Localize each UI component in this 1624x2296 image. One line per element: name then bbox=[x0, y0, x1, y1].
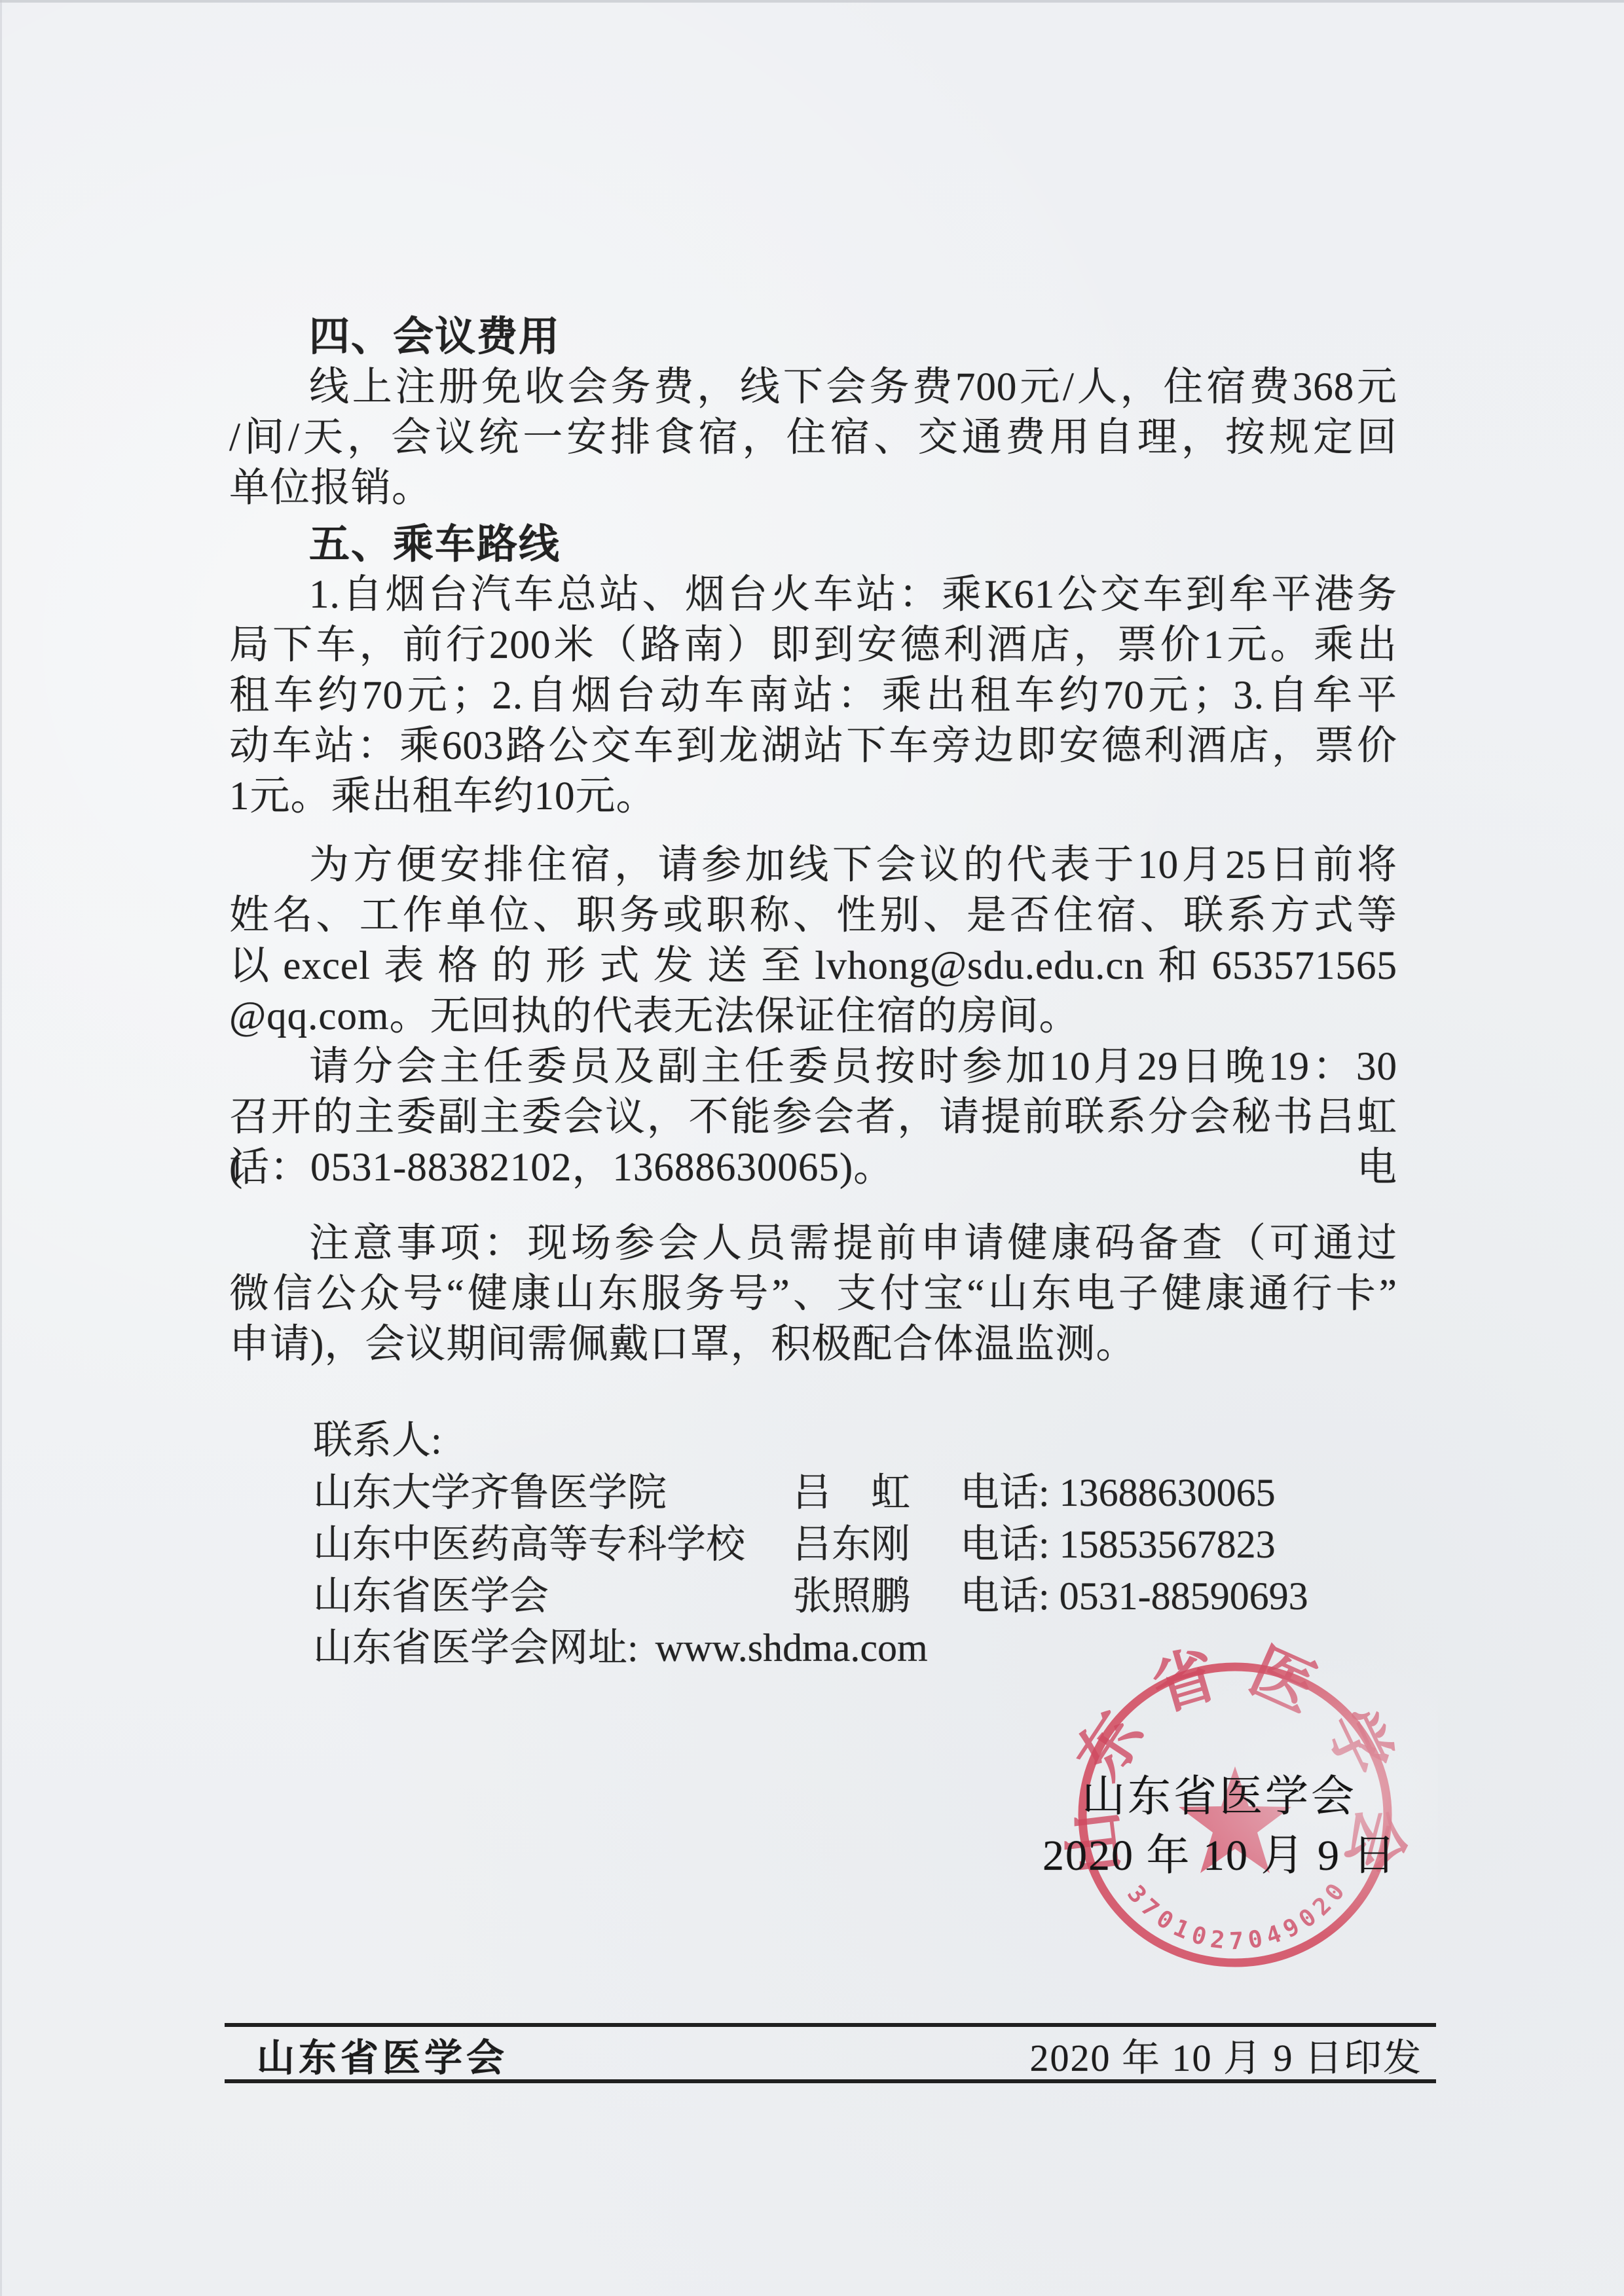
body-line: 1元。乘出租车约10元。 bbox=[229, 771, 1397, 822]
scan-top-edge-artifact bbox=[0, 0, 1624, 3]
body-line: 局下车，前行200米（路南）即到安德利酒店，票价1元。乘出 bbox=[229, 620, 1397, 670]
contact-row: 山东中医药高等专科学校吕东刚电话: 15853567823 bbox=[313, 1518, 1439, 1571]
body-line: 召开的主委副主委会议，不能参会者，请提前联系分会秘书吕虹(电 bbox=[229, 1092, 1397, 1142]
contact-phone: 电话: 0531-88590693 bbox=[960, 1570, 1308, 1622]
body-line: 为方便安排住宿，请参加线下会议的代表于10月25日前将 bbox=[229, 840, 1397, 890]
contact-name: 吕东刚 bbox=[792, 1518, 960, 1571]
body-line: 注意事项：现场参会人员需提前申请健康码备查（可通过 bbox=[229, 1218, 1397, 1269]
scan-left-edge-artifact bbox=[0, 0, 2, 2296]
body-line: @qq.com。无回执的代表无法保证住宿的房间。 bbox=[229, 991, 1397, 1042]
contact-phone: 电话: 13688630065 bbox=[960, 1467, 1276, 1519]
signature-date: 2020 年 10 月 9 日 bbox=[1043, 1820, 1397, 1882]
body-line: 动车站：乘603路公交车到龙湖站下车旁边即安德利酒店，票价 bbox=[229, 721, 1397, 771]
contact-phone: 电话: 15853567823 bbox=[960, 1518, 1276, 1571]
website-label: 山东省医学会网址: bbox=[313, 1622, 638, 1674]
body-line: 姓名、工作单位、职务或职称、性别、是否住宿、联系方式等 bbox=[229, 890, 1397, 941]
body-line: 申请)，会议期间需佩戴口罩，积极配合体温监测。 bbox=[229, 1319, 1397, 1370]
footer-rule-bottom bbox=[225, 2079, 1436, 2083]
contact-name: 吕 虹 bbox=[792, 1467, 960, 1519]
contact-row: 山东大学齐鲁医学院吕 虹电话: 13688630065 bbox=[313, 1467, 1439, 1519]
website-url: www.shdma.com bbox=[655, 1626, 928, 1669]
section-heading-routes: 五、乘车路线 bbox=[229, 519, 1397, 570]
signature-org: 山东省医学会 bbox=[1082, 1761, 1357, 1823]
body-line: 线上注册免收会务费，线下会务费700元/人，住宿费368元 bbox=[229, 362, 1397, 412]
body-line: 请分会主任委员及副主任委员按时参加10月29日晚19：30 bbox=[229, 1042, 1397, 1092]
contacts-label: 联系人: bbox=[313, 1414, 1439, 1467]
body-line: 以excel表格的形式发送至lvhong@sdu.edu.cn和65357156… bbox=[229, 941, 1397, 991]
contact-org: 山东省医学会 bbox=[313, 1570, 792, 1622]
body-line: 微信公众号“健康山东服务号”、支付宝“山东电子健康通行卡” bbox=[229, 1269, 1397, 1319]
contact-name: 张照鹏 bbox=[792, 1570, 960, 1622]
body-line: 1.自烟台汽车总站、烟台火车站：乘K61公交车到牟平港务 bbox=[229, 570, 1397, 620]
body-line: 话：0531-88382102，13688630065)。 bbox=[229, 1142, 1397, 1193]
contact-row: 山东省医学会张照鹏电话: 0531-88590693 bbox=[313, 1570, 1439, 1622]
contact-org: 山东大学齐鲁医学院 bbox=[313, 1467, 792, 1519]
body-line: 租车约70元；2.自烟台动车南站：乘出租车约70元；3.自牟平 bbox=[229, 670, 1397, 721]
footer-print-date: 2020 年 10 月 9 日印发 bbox=[1029, 2027, 1422, 2082]
body-line: 单位报销。 bbox=[229, 463, 1397, 513]
contact-org: 山东中医药高等专科学校 bbox=[313, 1518, 792, 1571]
section-heading-fees: 四、会议费用 bbox=[229, 312, 1397, 362]
scanned-document-page: 四、会议费用 线上注册免收会务费，线下会务费700元/人，住宿费368元 /间/… bbox=[0, 0, 1624, 2296]
body-line: /间/天，会议统一安排食宿，住宿、交通费用自理，按规定回 bbox=[229, 412, 1397, 463]
footer-issuer: 山东省医学会 bbox=[257, 2027, 508, 2082]
